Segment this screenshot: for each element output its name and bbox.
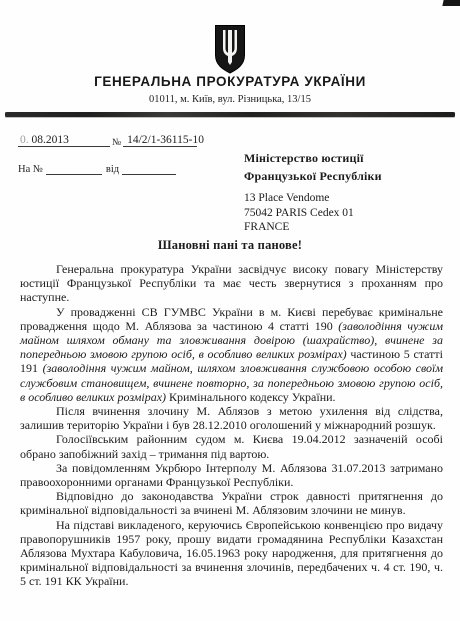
na-no-label: На №	[18, 164, 46, 175]
org-address: 01011, м. Київ, вул. Різницька, 13/15	[0, 94, 460, 105]
reference-line-reply: На №від	[18, 153, 197, 175]
salutation: Шановні пані та панове!	[0, 238, 460, 253]
recipient-street: 13 Place Vendome	[244, 191, 382, 206]
paragraph-court: Голосіївським районним судом м. Києва 19…	[20, 432, 443, 460]
paragraph-wanted: Після вчинення злочину М. Аблязов з мето…	[20, 404, 443, 432]
reference-block: 0. 08.2013№14/2/1-36115-10 На №від	[18, 127, 197, 175]
org-name: ГЕНЕРАЛЬНА ПРОКУРАТУРА УКРАЇНИ	[0, 74, 460, 89]
reply-date-blank	[122, 174, 176, 175]
paragraph-request: На підставі викладеного, керуючись Європ…	[20, 518, 443, 589]
paragraph-intro: Генеральна прокуратура України засвідчує…	[20, 262, 443, 305]
number-sign-label: №	[110, 138, 123, 148]
charges-text-3: Кримінального кодексу України.	[166, 390, 336, 404]
recipient-name-line1: Міністерство юстиції	[244, 150, 382, 168]
date-value: 08.2013	[32, 134, 69, 146]
vid-label: від	[106, 164, 122, 175]
ukraine-trident-emblem-icon	[214, 24, 246, 74]
recipient-name-line2: Французької Республіки	[244, 168, 382, 186]
date-day-faint: 0.	[20, 134, 29, 146]
paragraph-limitation: Відповідно до законодавства України стро…	[20, 489, 443, 517]
reference-line-date: 0. 08.2013№14/2/1-36115-10	[18, 127, 197, 147]
recipient-country: FRANCE	[244, 220, 382, 235]
recipient-city: 75042 PARIS Cedex 01	[244, 206, 382, 221]
outgoing-number: 14/2/1-36115-10	[123, 134, 197, 147]
paragraph-charges: У провадженні СВ ГУМВС України в м. Києв…	[20, 305, 443, 404]
recipient-block: Міністерство юстиції Французької Республ…	[244, 150, 382, 235]
paragraph-interpol: За повідомленням Укрбюро Інтерполу М. Аб…	[20, 461, 443, 489]
scan-artifact-corner	[442, 0, 460, 6]
reply-number-blank	[46, 174, 102, 175]
scanned-letter-page: ГЕНЕРАЛЬНА ПРОКУРАТУРА УКРАЇНИ 01011, м.…	[0, 0, 460, 621]
date-field: 0. 08.2013	[18, 134, 110, 147]
letterhead	[0, 24, 460, 74]
letterhead-divider	[5, 112, 455, 117]
letter-body: Генеральна прокуратура України засвідчує…	[20, 262, 443, 589]
